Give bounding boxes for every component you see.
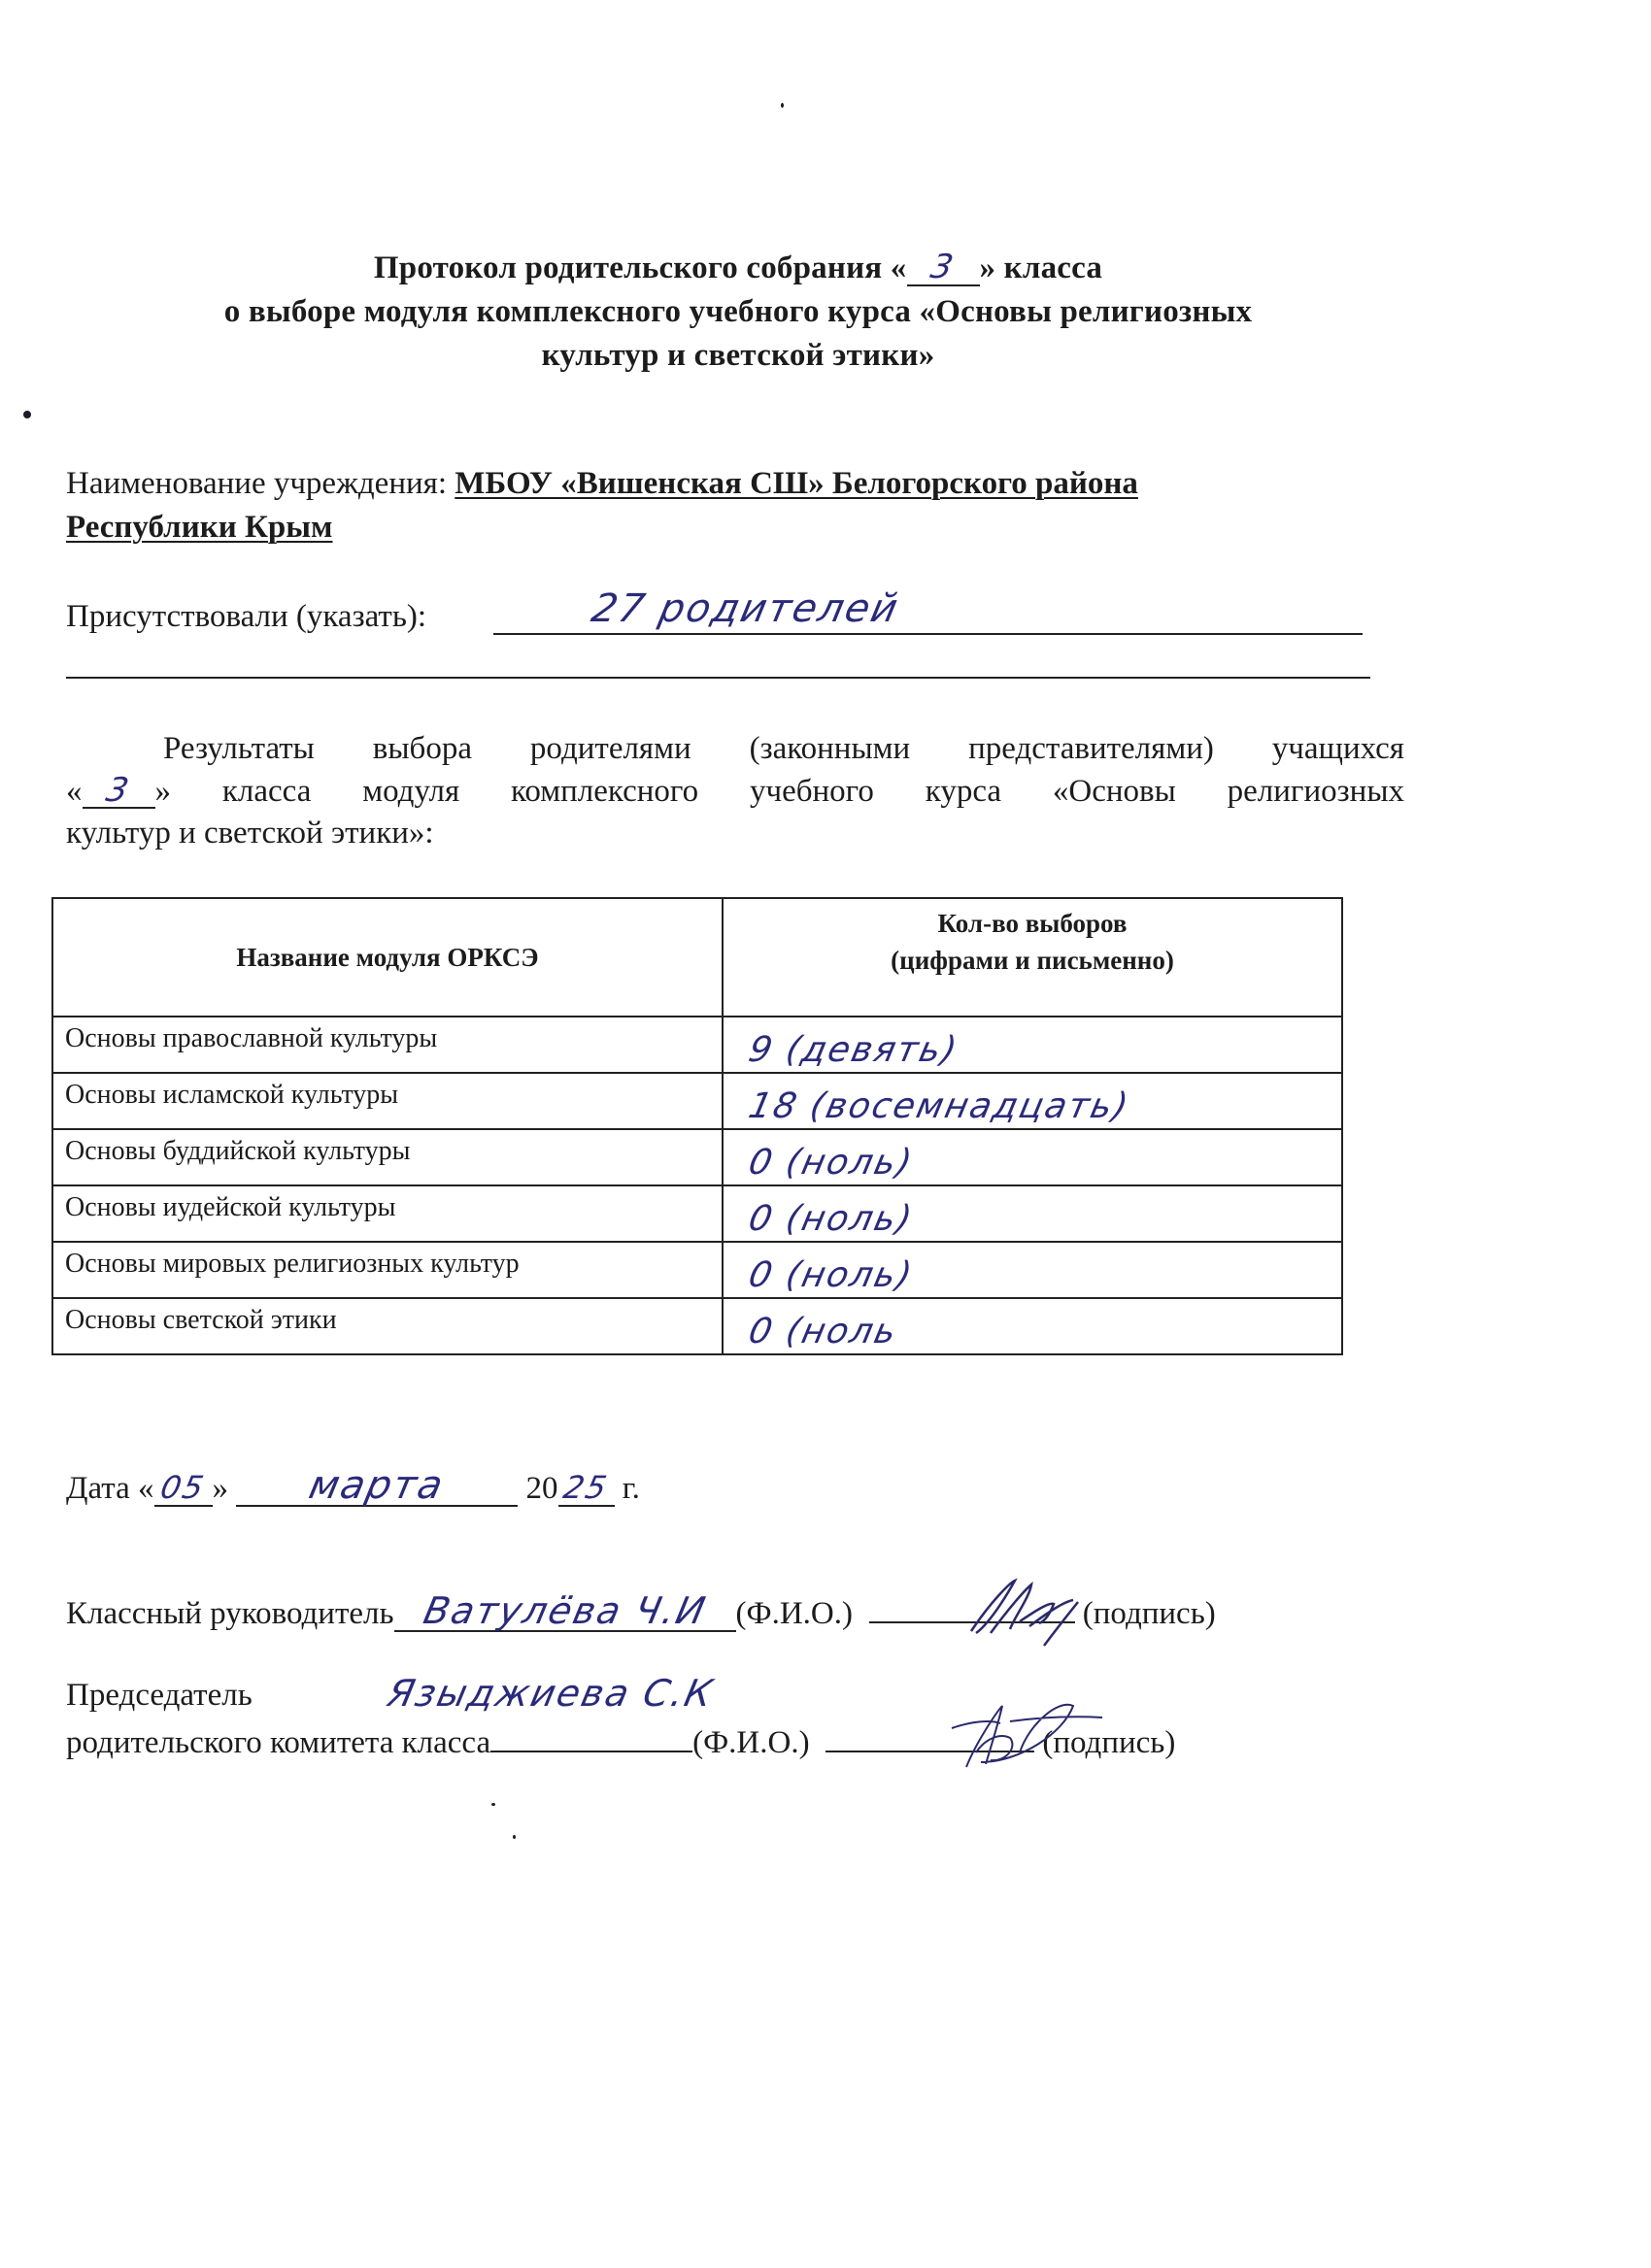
institution-line: Наименование учреждения: МБОУ «Вишенская… [66, 466, 1138, 502]
scan-speck [23, 411, 31, 418]
title-line1-suffix: » класса [980, 250, 1103, 285]
header-module-name: Название модуля ОРКСЭ [52, 898, 723, 1017]
class-teacher-name-field: Ватулёва Ч.И [394, 1592, 736, 1632]
choice-count-cell: 0 (ноль [723, 1298, 1342, 1354]
choice-count-cell: 0 (ноль) [723, 1242, 1342, 1298]
module-name-cell: Основы православной культуры [52, 1017, 723, 1073]
table-row: Основы мировых религиозных культур0 (нол… [52, 1242, 1342, 1298]
choice-count-cell: 9 (девять) [723, 1017, 1342, 1073]
table-row: Основы православной культуры9 (девять) [52, 1017, 1342, 1073]
scan-speck [513, 1835, 516, 1839]
institution-label: Наименование учреждения: [66, 466, 455, 501]
title-class-number-field: 3 [907, 250, 980, 286]
date-label: Дата « [66, 1471, 154, 1506]
table-row: Основы иудейской культуры0 (ноль) [52, 1185, 1342, 1242]
institution-name-line2: Республики Крым [66, 510, 333, 546]
title-line3: культур и светской этики» [0, 338, 1476, 374]
header-choice-count: Кол-во выборов(цифрами и письменно) [723, 898, 1342, 1017]
committee-chair-name-field [490, 1721, 692, 1752]
results-paragraph-line2: «3» класса модуля комплексного учебного … [66, 774, 1404, 810]
class-teacher-label: Классный руководитель [66, 1596, 394, 1631]
attendance-label: Присутствовали (указать): [66, 599, 426, 635]
attendance-value: 27 родителей [588, 586, 903, 631]
choice-count-cell: 0 (ноль) [723, 1185, 1342, 1242]
attendance-field-line [493, 633, 1363, 635]
title-line1-prefix: Протокол родительского собрания « [374, 250, 907, 285]
date-year-field: 25 [558, 1472, 615, 1507]
committee-chair-name: Языджиева С.К [384, 1672, 718, 1715]
date-month-field: марта [236, 1466, 518, 1507]
title-line2: о выборе модуля комплексного учебного ку… [0, 294, 1476, 330]
committee-chair-signature [942, 1694, 1117, 1772]
date-day-field: 05 [154, 1472, 213, 1507]
table-row: Основы светской этики0 (ноль [52, 1298, 1342, 1354]
date-line: Дата «05» марта 2025 г. [66, 1466, 640, 1507]
table-header-row: Название модуля ОРКСЭ Кол-во выборов(циф… [52, 898, 1342, 1017]
module-name-cell: Основы иудейской культуры [52, 1185, 723, 1242]
results-paragraph-line1: Результаты выбора родителями (законными … [66, 731, 1404, 767]
scan-speck [491, 1803, 495, 1806]
attendance-continuation-line [66, 677, 1370, 679]
results-class-number-field: 3 [83, 774, 155, 809]
results-paragraph-line3: культур и светской этики»: [66, 816, 434, 851]
choice-count-cell: 0 (ноль) [723, 1129, 1342, 1185]
committee-label: родительского комитета класса [66, 1725, 490, 1760]
scan-speck [781, 103, 784, 108]
module-name-cell: Основы буддийской культуры [52, 1129, 723, 1185]
table-row: Основы исламской культуры18 (восемнадцат… [52, 1073, 1342, 1129]
committee-chair-label: Председатель [66, 1678, 253, 1714]
institution-name: МБОУ «Вишенская СШ» Белогорского района [455, 466, 1138, 501]
module-name-cell: Основы мировых религиозных культур [52, 1242, 723, 1298]
module-selection-table: Название модуля ОРКСЭ Кол-во выборов(циф… [51, 897, 1343, 1355]
document-title: Протокол родительского собрания «3» клас… [0, 250, 1476, 286]
choice-count-cell: 18 (восемнадцать) [723, 1073, 1342, 1129]
module-name-cell: Основы светской этики [52, 1298, 723, 1354]
table-row: Основы буддийской культуры0 (ноль) [52, 1129, 1342, 1185]
class-teacher-signature [961, 1573, 1097, 1651]
module-name-cell: Основы исламской культуры [52, 1073, 723, 1129]
